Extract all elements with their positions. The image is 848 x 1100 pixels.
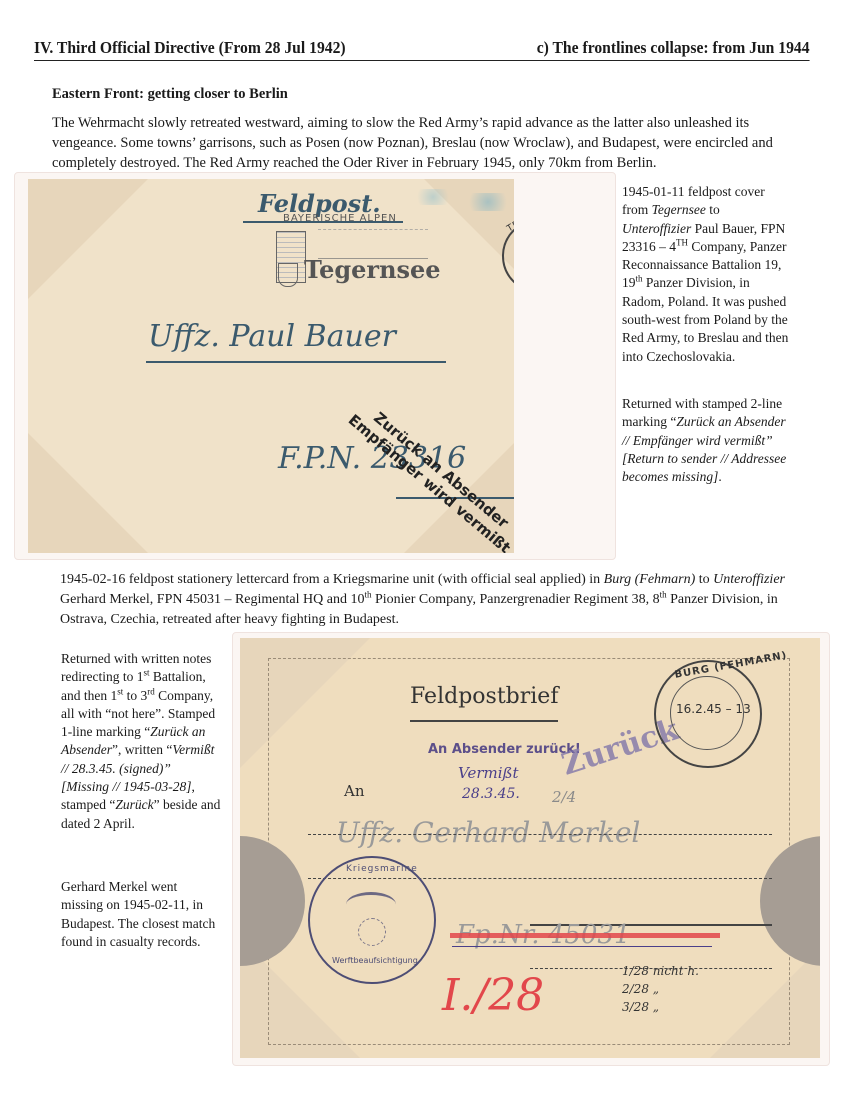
an-label: An <box>344 782 365 800</box>
cover1-note: Returned with stamped 2-line marking “Zu… <box>622 395 792 486</box>
caption-place: Burg (Fehmarn) <box>604 572 696 587</box>
header-chapter: c) The frontlines collapse: from Jun 194… <box>537 38 810 58</box>
redirect-note: 2/28 „ <box>622 980 699 998</box>
redirect-notes: 1/28 nicht h. 2/28 „ 3/28 „ <box>622 962 699 1016</box>
seal-top-text: Kriegsmarine <box>346 864 418 874</box>
underline <box>146 361 446 363</box>
header-directive: IV. Third Official Directive (From 28 Ju… <box>34 38 346 58</box>
note-text: . <box>718 469 721 484</box>
seal-emblem-icon <box>358 918 386 946</box>
caption-text: Panzer Division, in Radom, Poland. It wa… <box>622 275 788 363</box>
cover2-note: Returned with written notes redirecting … <box>61 650 221 833</box>
caption-rank: Unteroffizier <box>713 572 785 587</box>
caption-place: Tegernsee <box>652 202 706 217</box>
caption-sup: th <box>660 589 667 599</box>
red-strike <box>450 933 720 938</box>
note-2-4: 2/4 <box>552 788 576 806</box>
caption-sup: TH <box>676 237 688 247</box>
page-header: IV. Third Official Directive (From 28 Ju… <box>34 36 810 61</box>
cancel-town: Tegernsee <box>304 255 441 284</box>
coat-of-arms-icon <box>278 263 298 287</box>
eagle-icon <box>346 892 396 917</box>
cover1-envelope: Feldpost. BAYERISCHE ALPEN Tegernsee TEG… <box>28 179 514 553</box>
caption-rank: Unteroffizier <box>622 221 691 236</box>
ink-smudge <box>408 189 458 205</box>
caption-text: 1945-02-16 feldpost stationery lettercar… <box>60 572 604 587</box>
addressee-pencil: Uffz. Gerhard Merkel <box>336 816 640 849</box>
mount-corner <box>28 179 148 299</box>
seal-bottom-text: Werftbeaufsichtigung <box>332 956 418 965</box>
cover2-caption: 1945-02-16 feldpost stationery lettercar… <box>60 570 820 630</box>
redirect-note: 3/28 „ <box>622 998 699 1016</box>
cancel-slogan: BAYERISCHE ALPEN <box>283 213 397 224</box>
caption-text: to <box>695 572 713 587</box>
vermisst-handwritten: Vermißt <box>458 764 519 782</box>
note-italic: Zurück <box>115 797 153 812</box>
postmark-date: 16.2.45 – 13 <box>676 702 751 716</box>
caption-text: to <box>706 202 720 217</box>
note-text: ”, written “ <box>112 742 172 757</box>
note-sup: rd <box>147 686 155 696</box>
addressee-handwritten: Uffz. Paul Bauer <box>148 319 396 354</box>
title-underline <box>410 720 558 722</box>
red-redirect-note: I./28 <box>442 970 544 1021</box>
mount-corner <box>28 433 148 553</box>
caption-text: Pionier Company, Panzergrenadier Regimen… <box>371 592 659 607</box>
cover2-note-missing: Gerhard Merkel went missing on 1945-02-1… <box>61 878 221 951</box>
section-intro: The Wehrmacht slowly retreated westward,… <box>52 113 812 173</box>
caption-sup: th <box>636 274 643 284</box>
vermisst-date: 28.3.45. <box>462 786 520 802</box>
cover2-lettercard: Feldpostbrief An Absender zurück! Zurück… <box>240 638 820 1058</box>
caption-text: Gerhard Merkel, FPN 45031 – Regimental H… <box>60 592 364 607</box>
ink-smudge <box>458 193 514 211</box>
note-text: to 3 <box>123 688 147 703</box>
section-title: Eastern Front: getting closer to Berlin <box>52 86 288 103</box>
cover1-caption: 1945-01-11 feldpost cover from Tegernsee… <box>622 183 792 366</box>
redirect-note: 1/28 nicht h. <box>622 962 699 980</box>
blue-strike <box>452 946 712 947</box>
lettercard-title: Feldpostbrief <box>410 684 558 709</box>
address-line <box>308 834 772 835</box>
